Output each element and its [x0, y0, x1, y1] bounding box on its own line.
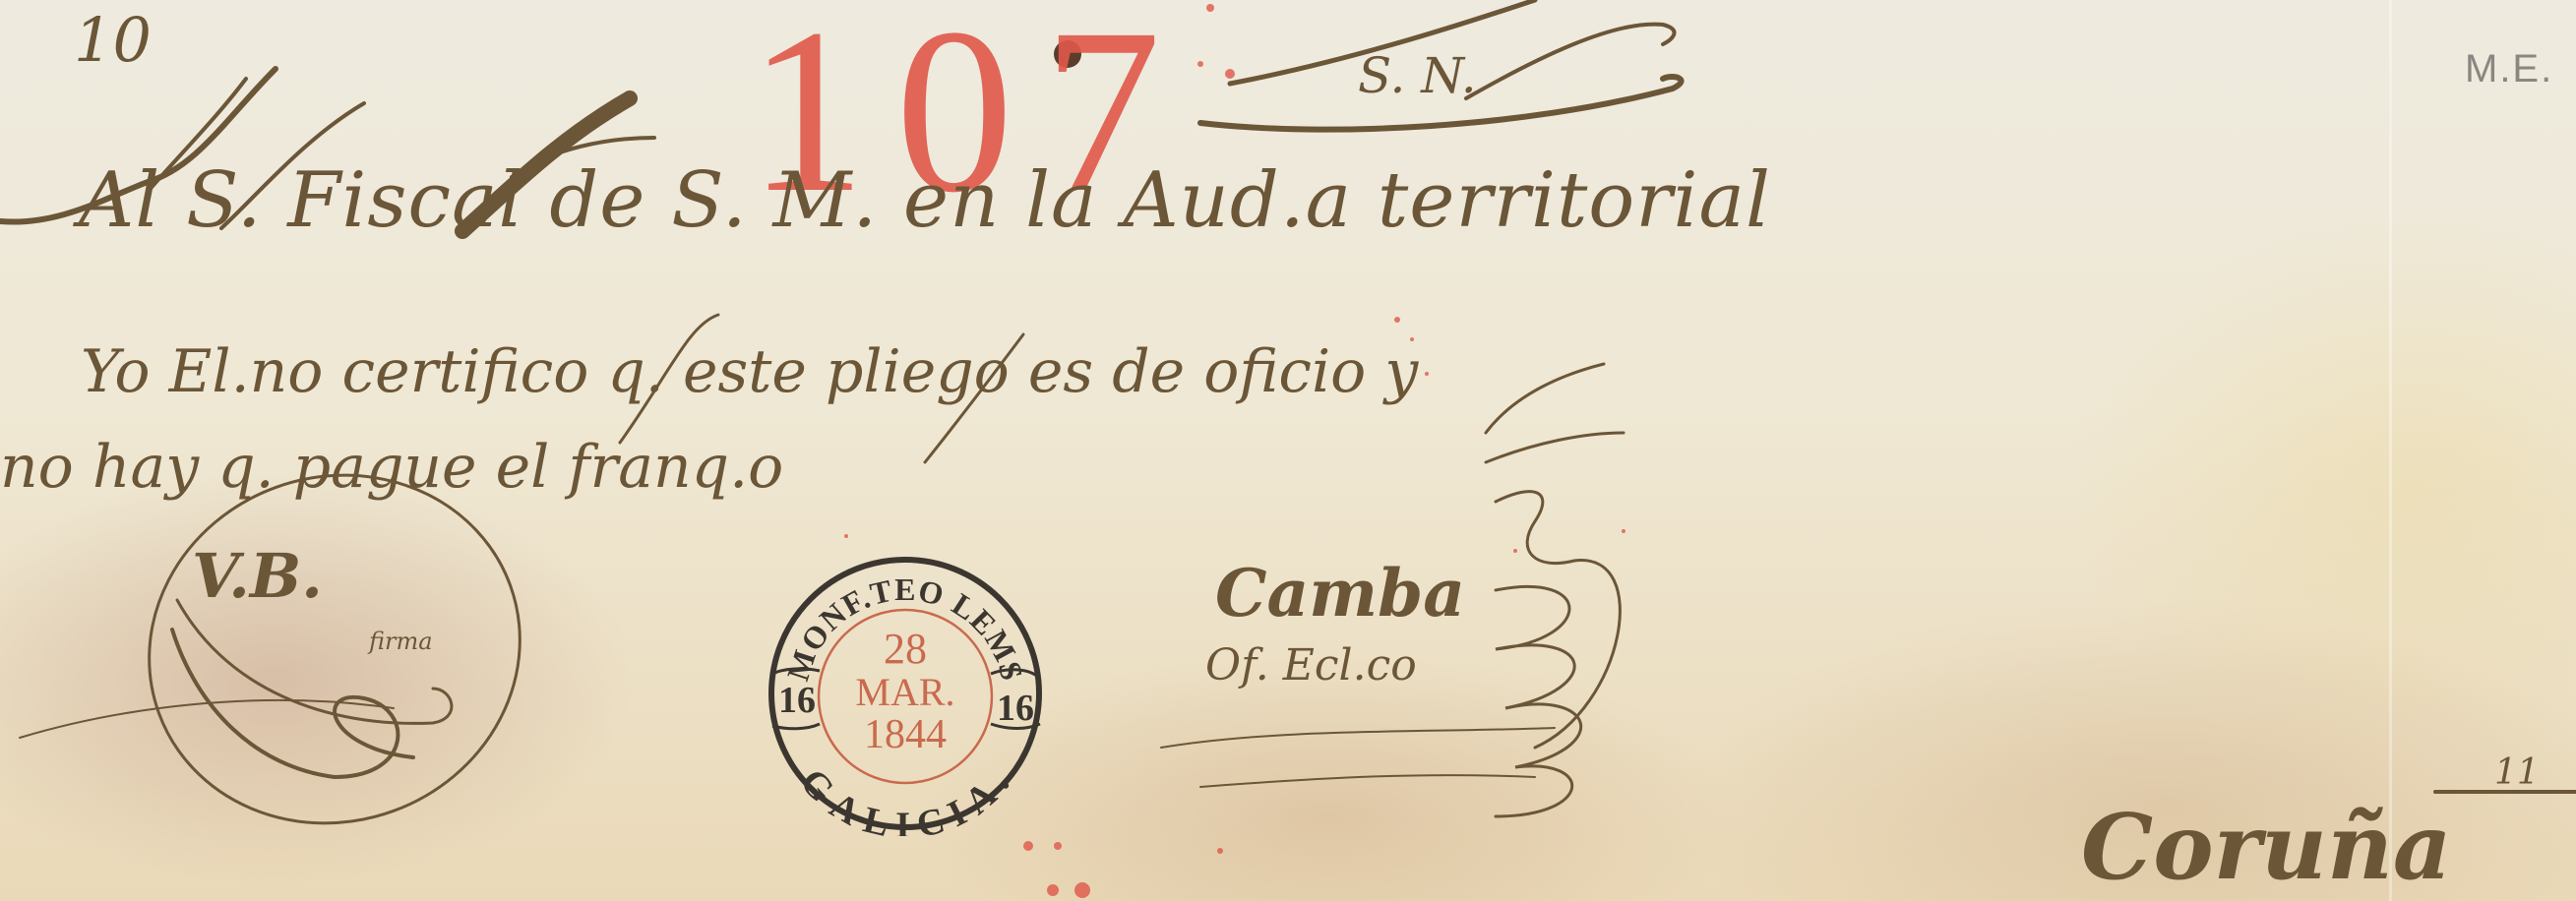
pencil-initials: M.E. — [2465, 47, 2553, 91]
destination-mark: 11 — [2494, 755, 2540, 791]
flourish-mark: S. N. — [1358, 51, 1477, 100]
destination-city: Coruña — [2081, 802, 2451, 892]
postmark-day: 28 — [763, 628, 1048, 671]
left-rubric-sub: firma — [369, 630, 433, 653]
left-rubric-initials: V.B. — [192, 546, 323, 607]
certification-line-2: no hay q. pague el franq.o — [0, 438, 783, 497]
postmark-stamp: MONF.TEO LEMS GALICIA. 16 16 28 MAR. 184… — [763, 551, 1048, 836]
postmark-month: MAR. — [763, 673, 1048, 712]
signature-title: Of. Ecl.co — [1205, 644, 1417, 688]
postmark-date: 28 MAR. 1844 — [763, 628, 1048, 755]
svg-text:GALICIA.: GALICIA. — [792, 760, 1020, 836]
certification-line-1: Yo El.no certifico q. este pliego es de … — [81, 342, 1418, 401]
signature-name: Camba — [1215, 561, 1465, 626]
postal-cover-document: 10 M.E. 107 S. N. Al S. Fiscal de S. M. … — [0, 0, 2576, 901]
folio-number: 10 — [74, 10, 152, 71]
postmark-bottom-arc: GALICIA. — [792, 760, 1020, 836]
postmark-year: 1844 — [763, 714, 1048, 755]
address-line: Al S. Fiscal de S. M. en la Aud.a territ… — [79, 162, 1771, 239]
